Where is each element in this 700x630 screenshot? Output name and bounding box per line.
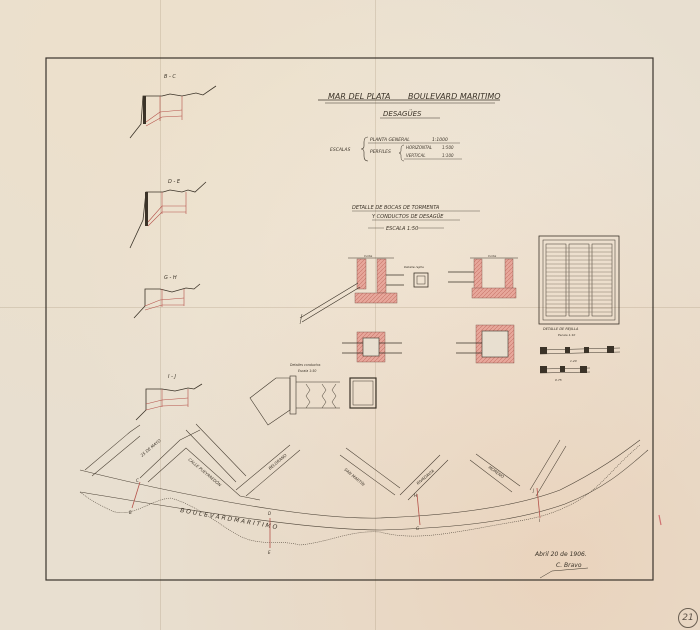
title-left: MAR DEL PLATA — [328, 92, 391, 101]
profile-i-j: I - J — [136, 374, 202, 420]
svg-text:G - H: G - H — [164, 275, 177, 281]
storm-inlet-plan-2 — [456, 325, 514, 363]
title-right: BOULEVARD MARITIMO — [408, 92, 501, 101]
svg-text:I: I — [539, 518, 541, 523]
signature-date: Abril 20 de 1906. — [534, 551, 587, 558]
street-labels: 25 DE MAYO CALLE PUEYRREDÓN BELGRANO SAN… — [139, 438, 505, 531]
svg-text:PERFILES: PERFILES — [370, 149, 391, 155]
svg-text:DETALLE DE REJILLA: DETALLE DE REJILLA — [543, 327, 579, 331]
svg-text:Escala 1:10: Escala 1:10 — [558, 333, 575, 337]
svg-text:B - C: B - C — [164, 74, 176, 80]
detail-title: DETALLE DE BOCAS DE TORMENTA Y CONDUCTOS… — [352, 205, 480, 232]
boulevard-label: B O U L E V A R D M A R I T I M O — [180, 507, 278, 531]
scales-label: ESCALAS — [330, 147, 351, 153]
svg-text:B: B — [129, 510, 132, 515]
svg-text:1:500: 1:500 — [442, 145, 454, 150]
sheet-number: 21 — [682, 613, 693, 623]
signature-block: Abril 20 de 1906. C. Bravo — [534, 551, 588, 578]
svg-text:CALLE PUEYRREDÓN: CALLE PUEYRREDÓN — [187, 457, 222, 487]
svg-text:PLANTA GENERAL: PLANTA GENERAL — [370, 137, 410, 143]
svg-text:G: G — [416, 526, 419, 531]
title-block: MAR DEL PLATA BOULEVARD MARITIMO DESAGÜE… — [318, 92, 501, 161]
svg-text:VERTICAL: VERTICAL — [406, 153, 425, 158]
grating-detail: DETALLE DE REJILLA Escala 1:10 1.20 0.75 — [539, 236, 620, 382]
svg-text:E: E — [268, 550, 271, 555]
svg-text:1:1000: 1:1000 — [432, 137, 448, 143]
profile-b-c: B - C — [130, 74, 216, 138]
storm-inlet-section-2: Corte — [448, 254, 518, 298]
signature-name: C. Bravo — [556, 562, 582, 569]
svg-text:Detalle rejilla: Detalle rejilla — [404, 265, 424, 269]
svg-text:Corte: Corte — [364, 254, 372, 258]
svg-text:Detalles conductos: Detalles conductos — [290, 363, 321, 367]
svg-text:HORIZONTAL: HORIZONTAL — [406, 145, 432, 150]
profile-g-h: G - H — [134, 275, 200, 318]
svg-text:D: D — [268, 511, 271, 516]
svg-text:ESCALA 1:50: ESCALA 1:50 — [386, 226, 418, 232]
drawing-sheet: MAR DEL PLATA BOULEVARD MARITIMO DESAGÜE… — [0, 0, 700, 630]
svg-text:D - E: D - E — [168, 179, 181, 185]
storm-inlet-section-1: Corte — [300, 254, 404, 324]
svg-text:J: J — [532, 488, 535, 493]
svg-text:1.20: 1.20 — [570, 359, 577, 363]
svg-text:C: C — [136, 478, 139, 483]
svg-text:SAN MARTÍN: SAN MARTÍN — [343, 467, 365, 487]
profile-d-e: D - E — [130, 179, 206, 248]
svg-text:1:100: 1:100 — [442, 153, 454, 158]
svg-text:H: H — [414, 493, 417, 498]
subtitle: DESAGÜES — [383, 109, 422, 118]
conduit-details: Detalles conductos Escala 1:50 — [250, 363, 376, 425]
grate-small-detail: Detalle rejilla — [404, 265, 428, 287]
svg-text:DETALLE DE BOCAS DE TORMENTA: DETALLE DE BOCAS DE TORMENTA — [352, 205, 440, 211]
drawing-canvas: MAR DEL PLATA BOULEVARD MARITIMO DESAGÜE… — [0, 0, 700, 630]
svg-text:0.75: 0.75 — [555, 378, 562, 382]
drawing-frame — [46, 58, 653, 580]
svg-text:Corte: Corte — [488, 254, 496, 258]
svg-text:I - J: I - J — [168, 374, 176, 380]
red-mark — [659, 515, 661, 525]
storm-inlet-plan-1 — [342, 332, 402, 362]
svg-text:MORENO: MORENO — [487, 465, 505, 479]
svg-text:Escala 1:50: Escala 1:50 — [298, 369, 316, 373]
sheet-number-stamp: 21 — [678, 608, 698, 628]
svg-text:Y CONDUCTOS DE DESAGÜE: Y CONDUCTOS DE DESAGÜE — [372, 213, 444, 220]
svg-text:25 DE MAYO: 25 DE MAYO — [139, 438, 161, 458]
